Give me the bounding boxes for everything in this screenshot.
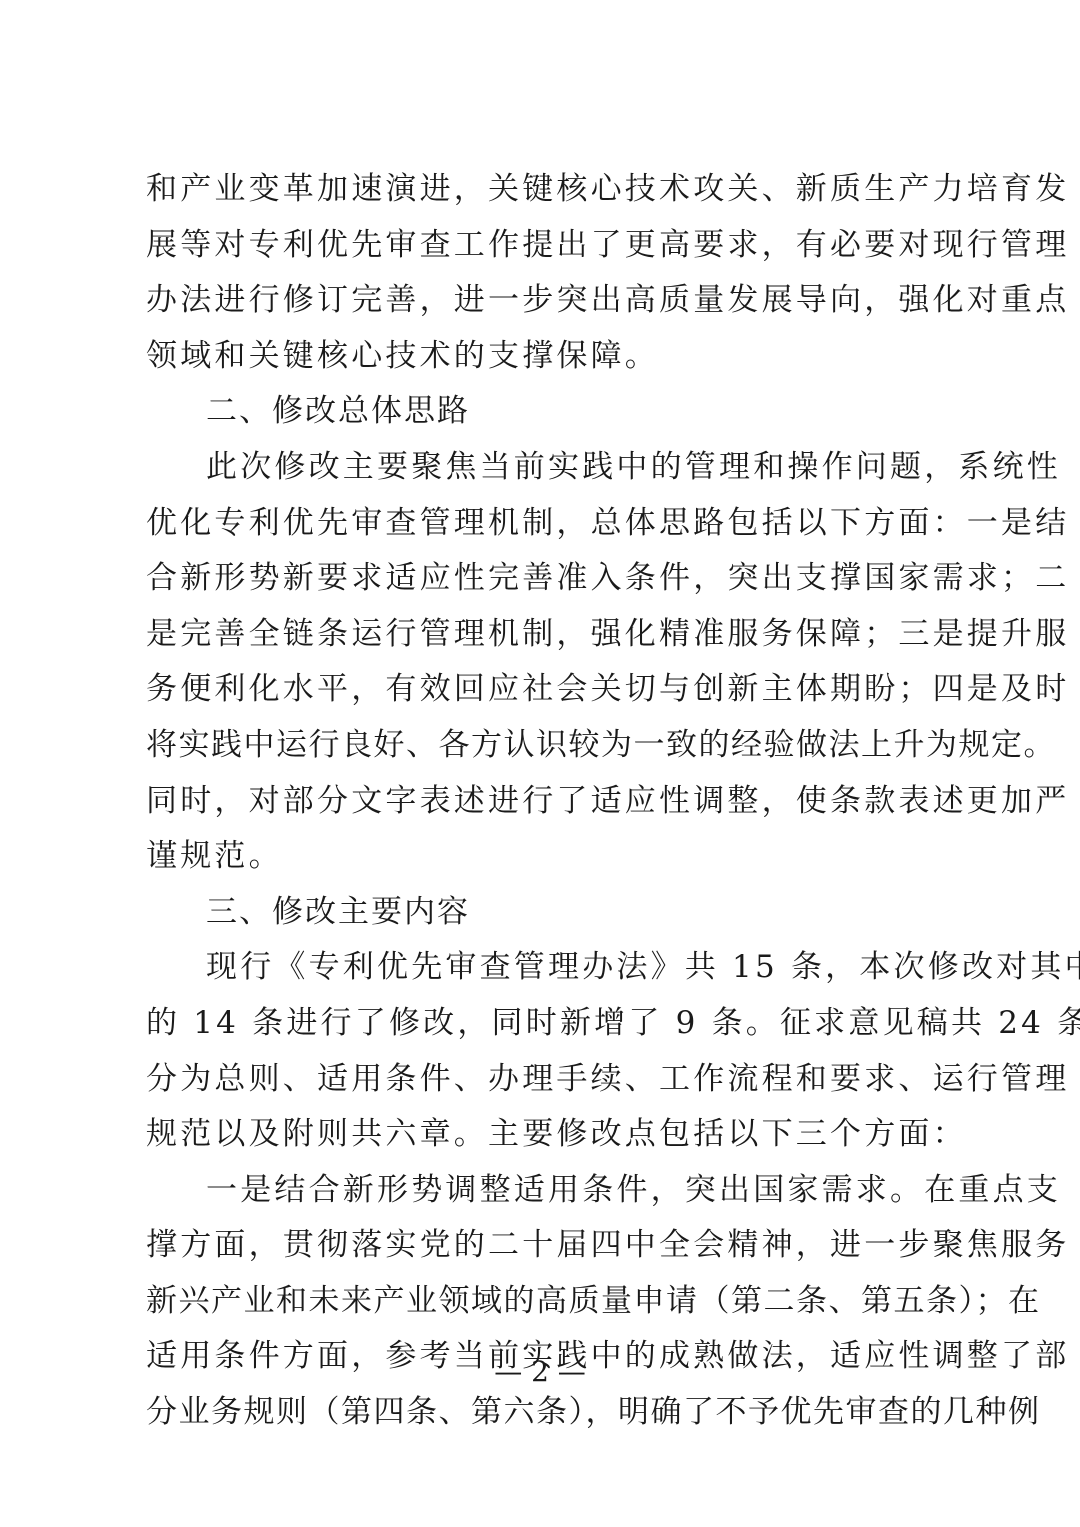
paragraph-line: 新兴产业和未来产业领域的高质量申请（第二条、第五条）；在 — [146, 1274, 946, 1330]
paragraph-line: 此次修改主要聚焦当前实践中的管理和操作问题，系统性 — [146, 440, 946, 496]
paragraph-line: 现行《专利优先审查管理办法》共 15 条，本次修改对其中 — [146, 940, 946, 996]
paragraph-line: 合新形势新要求适应性完善准入条件，突出支撑国家需求；二 — [146, 551, 946, 607]
paragraph-line: 规范以及附则共六章。主要修改点包括以下三个方面： — [146, 1107, 946, 1163]
section-heading-2: 二、修改总体思路 — [146, 384, 946, 440]
paragraph-line: 和产业变革加速演进，关键核心技术攻关、新质生产力培育发 — [146, 162, 946, 218]
paragraph-line: 办法进行修订完善，进一步突出高质量发展导向，强化对重点 — [146, 273, 946, 329]
paragraph-line: 务便利化水平，有效回应社会关切与创新主体期盼；四是及时 — [146, 662, 946, 718]
paragraph-line: 是完善全链条运行管理机制，强化精准服务保障；三是提升服 — [146, 607, 946, 663]
paragraph-line: 同时，对部分文字表述进行了适应性调整，使条款表述更加严 — [146, 774, 946, 830]
paragraph-line: 撑方面，贯彻落实党的二十届四中全会精神，进一步聚焦服务 — [146, 1218, 946, 1274]
section-heading-3: 三、修改主要内容 — [146, 885, 946, 941]
paragraph-line: 展等对专利优先审查工作提出了更高要求，有必要对现行管理 — [146, 218, 946, 274]
paragraph-line: 的 14 条进行了修改，同时新增了 9 条。征求意见稿共 24 条， — [146, 996, 946, 1052]
document-body: 和产业变革加速演进，关键核心技术攻关、新质生产力培育发 展等对专利优先审查工作提… — [146, 162, 946, 1441]
paragraph-line: 将实践中运行良好、各方认识较为一致的经验做法上升为规定。 — [146, 718, 946, 774]
paragraph-line: 谨规范。 — [146, 829, 946, 885]
paragraph-line: 分业务规则（第四条、第六条），明确了不予优先审查的几种例 — [146, 1385, 946, 1441]
paragraph-line: 优化专利优先审查管理机制，总体思路包括以下方面：一是结 — [146, 496, 946, 552]
document-page: 和产业变革加速演进，关键核心技术攻关、新质生产力培育发 展等对专利优先审查工作提… — [0, 0, 1080, 1527]
paragraph-line: 一是结合新形势调整适用条件，突出国家需求。在重点支 — [146, 1163, 946, 1219]
page-number: — 2 — — [0, 1355, 1080, 1388]
paragraph-line: 分为总则、适用条件、办理手续、工作流程和要求、运行管理 — [146, 1052, 946, 1108]
paragraph-line: 领域和关键核心技术的支撑保障。 — [146, 329, 946, 385]
